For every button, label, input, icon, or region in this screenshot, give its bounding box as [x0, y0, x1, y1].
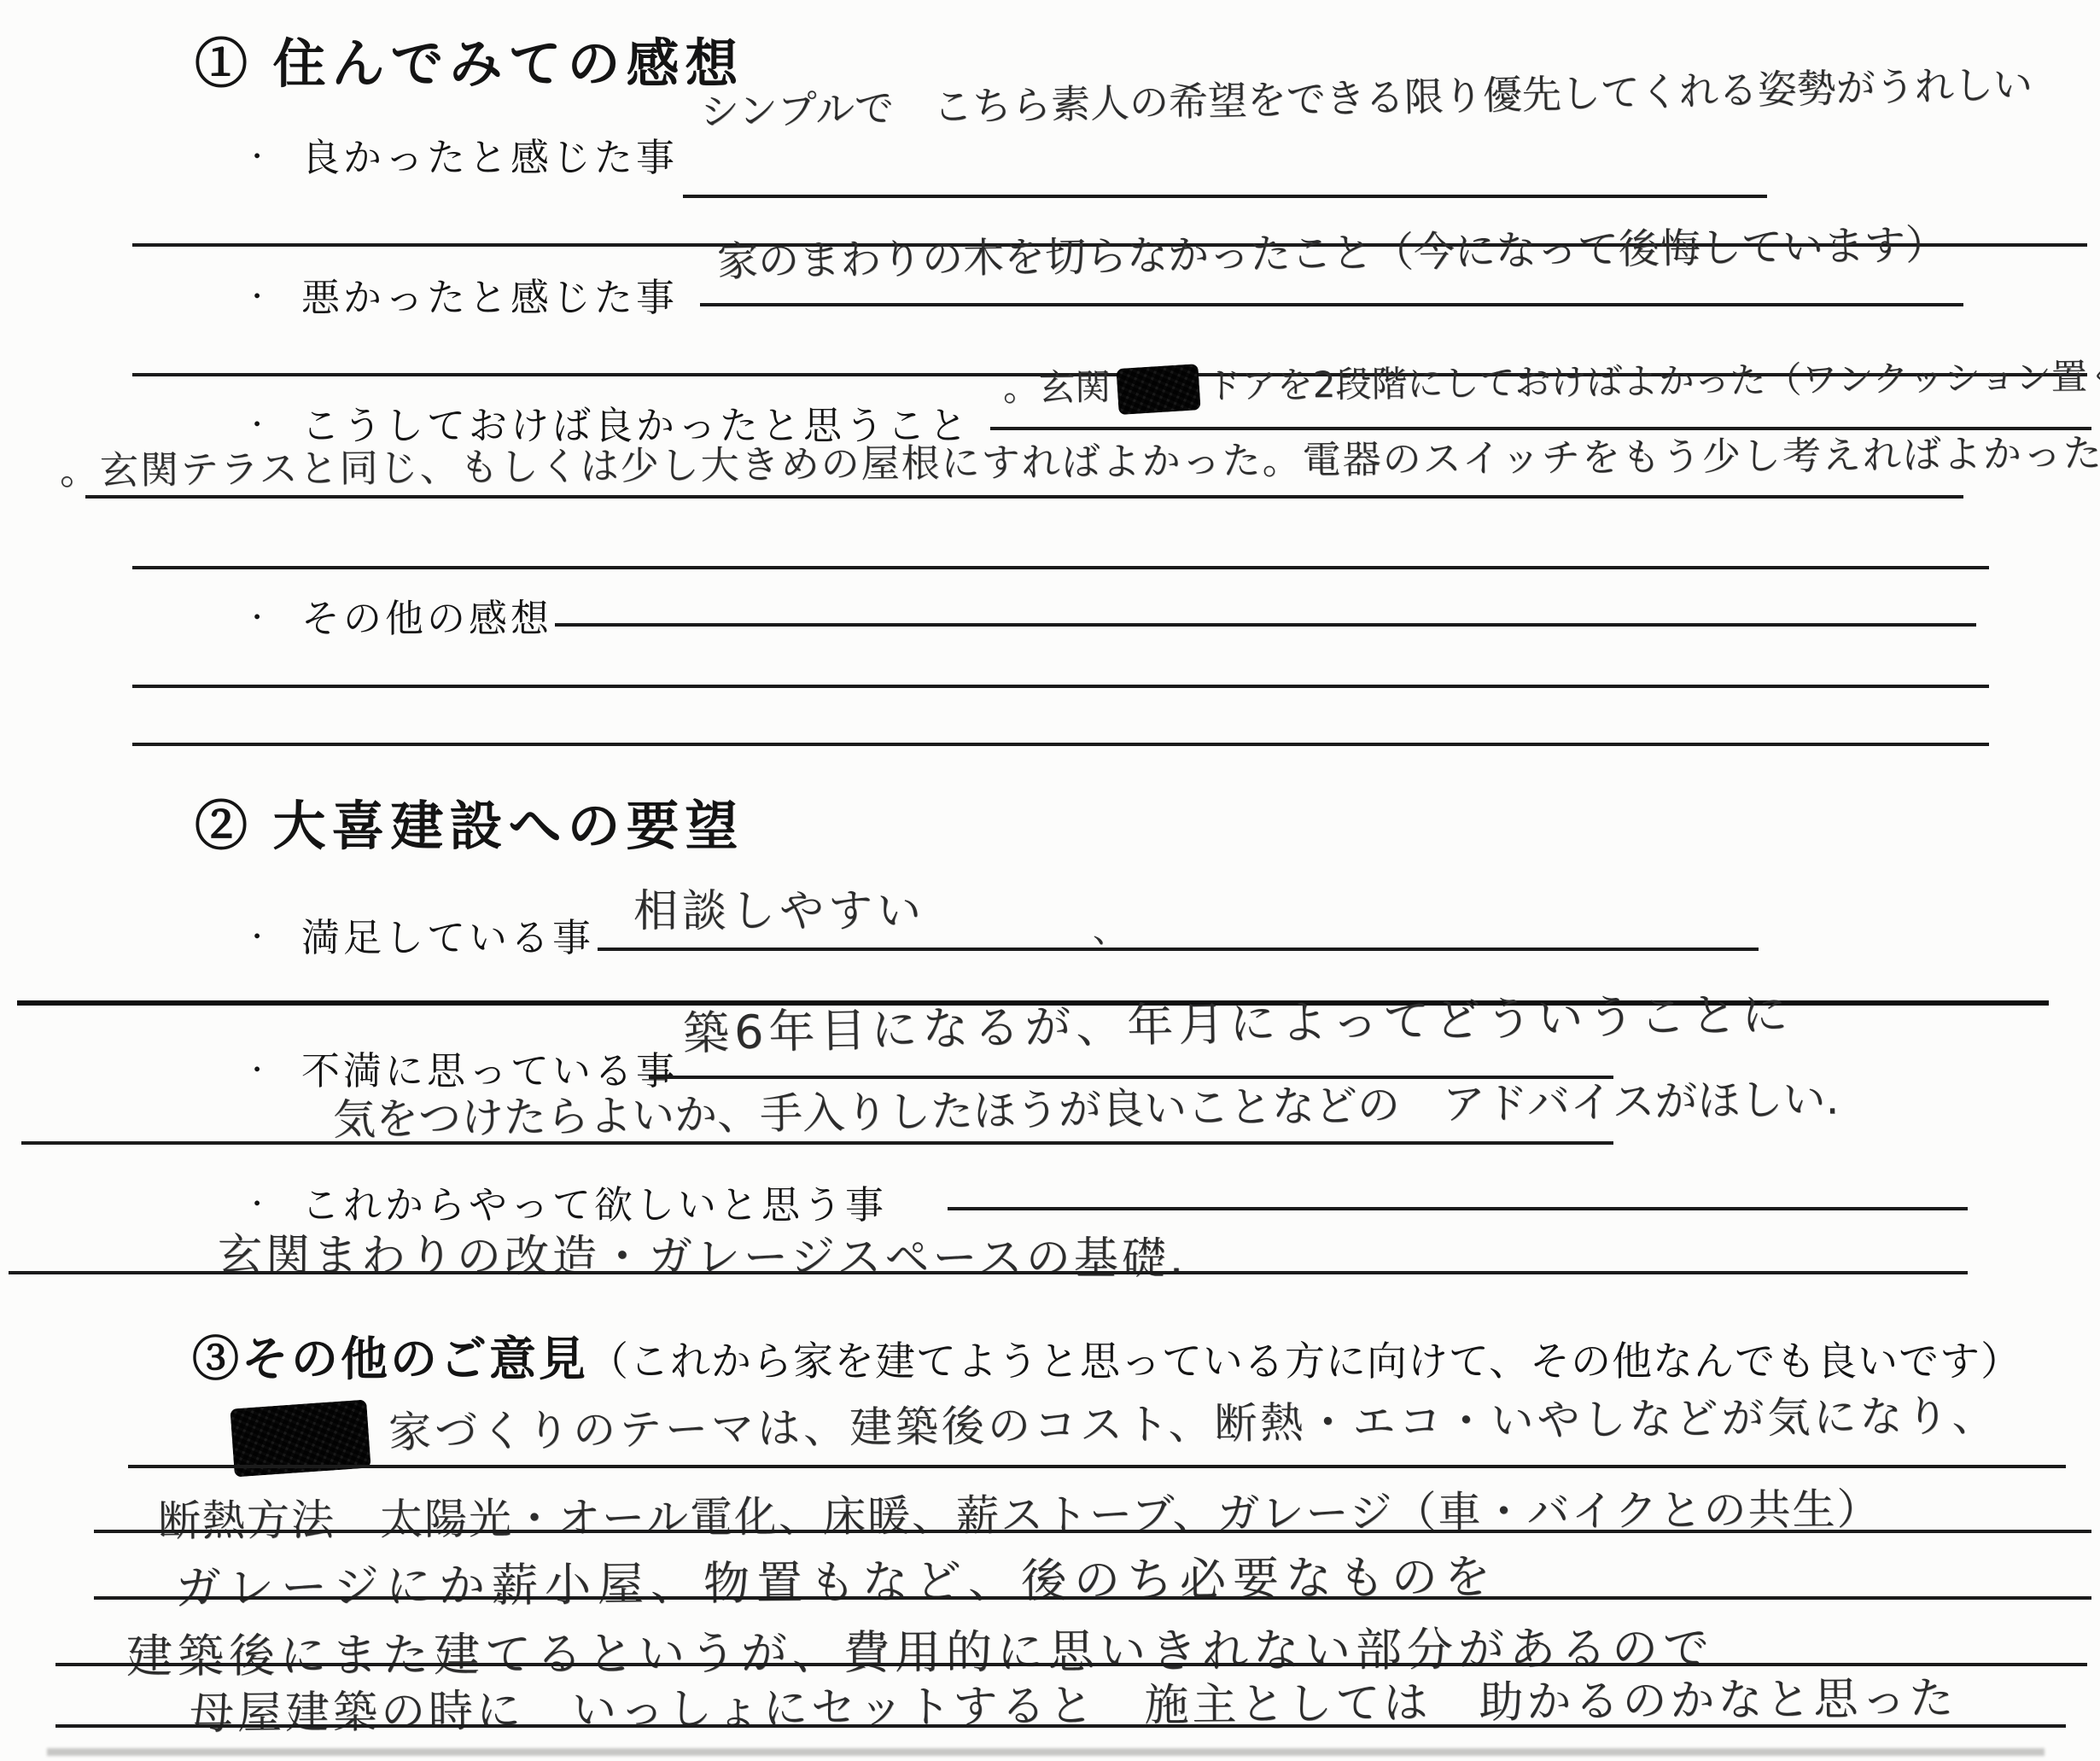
bullet-dot: ・	[243, 596, 272, 635]
question-row-satisfied: ・満足している事	[237, 907, 594, 962]
answer-underline	[598, 948, 1759, 951]
question-row-other-impressions: ・その他の感想	[237, 587, 552, 643]
question-row-bad-points: ・悪かったと感じた事	[237, 266, 678, 322]
ruled-line-blank	[132, 566, 1989, 569]
answer-underline	[21, 1141, 1613, 1145]
bullet-dot: ・	[243, 1182, 272, 1222]
answer-underline	[94, 1596, 2091, 1600]
answer-underline	[683, 195, 1767, 198]
answer-underline	[9, 1271, 1968, 1274]
answer-underline	[948, 1207, 1968, 1210]
answer-underline	[94, 1530, 2091, 1533]
bullet-dot: ・	[243, 275, 272, 314]
handwritten-opinion-line3: ガレージにか薪小屋、物置もなど、後のち必要なものを	[175, 1540, 1498, 1618]
question-label-satisfied: 満足している事	[301, 917, 594, 959]
ink-scribble-redaction	[1116, 364, 1200, 415]
handwritten-text: 。玄関	[1003, 366, 1111, 409]
question-row-good-points: ・良かったと感じた事	[237, 126, 678, 182]
handwritten-text: ドアを2段階にしておけばよかった（ワンクッション置く）	[1206, 355, 2100, 407]
question-label-good-points: 良かったと感じた事	[301, 137, 678, 179]
answer-underline	[55, 1724, 2066, 1728]
answer-underline	[85, 495, 1963, 499]
bullet-dot: ・	[243, 1048, 272, 1088]
scan-edge-artifact	[47, 1748, 2045, 1756]
handwritten-answer-good-points: シンプルで こちら素人の希望をできる限り優先してくれる姿勢がうれしい	[699, 53, 2033, 137]
ruled-line-blank	[132, 743, 1989, 746]
question-label-bad-points: 悪かったと感じた事	[301, 277, 678, 319]
handwritten-answer-dissatisfied-line1: 築6年目になるが、年月によってどういうことに	[682, 977, 1794, 1063]
handwritten-answer-should-have-done: 。玄関ドアを2段階にしておけばよかった（ワンクッション置く）	[1003, 348, 2100, 414]
handwritten-ink-mark: 、	[1093, 903, 1127, 952]
section3-subtitle: （これから家を建てようと思っている方に向けて、その他なんでも良いです）	[588, 1330, 2021, 1387]
handwritten-answer-bad-points: 家のまわりの木を切らなかったこと（今になって後悔しています）	[717, 212, 1947, 288]
bullet-dot: ・	[243, 135, 272, 174]
handwritten-opinion-line1: 家づくりのテーマは、建築後のコスト、断熱・エコ・いやしなどが気になり、	[388, 1381, 1998, 1460]
question-label-other-impressions: その他の感想	[301, 598, 552, 640]
answer-underline	[128, 1465, 2066, 1468]
ruled-line-blank	[132, 685, 1989, 688]
handwritten-answer-satisfied: 相談しやすい	[633, 875, 925, 939]
section2-title: ② 大喜建設への要望	[195, 784, 744, 860]
handwritten-answer-future-requests: 玄関まわりの改造・ガレージスペースの基礎.	[218, 1219, 1187, 1286]
section3-title: ③その他のご意見	[192, 1321, 588, 1389]
section3-title-row: ③その他のご意見 （これから家を建てようと思っている方に向けて、その他なんでも良…	[192, 1321, 2021, 1389]
answer-underline	[700, 303, 1963, 306]
section1-title: ① 住んでみての感想	[195, 21, 744, 97]
bullet-dot: ・	[243, 915, 272, 954]
scanned-questionnaire-page: ① 住んでみての感想 ・良かったと感じた事 シンプルで こちら素人の希望をできる…	[0, 0, 2100, 1761]
bullet-dot: ・	[243, 403, 272, 442]
handwritten-opinion-line2: 断熱方法 太陽光・オール電化、床暖、薪ストーブ、ガレージ（車・バイクとの共生）	[158, 1475, 1881, 1548]
answer-underline-empty	[555, 623, 1976, 627]
